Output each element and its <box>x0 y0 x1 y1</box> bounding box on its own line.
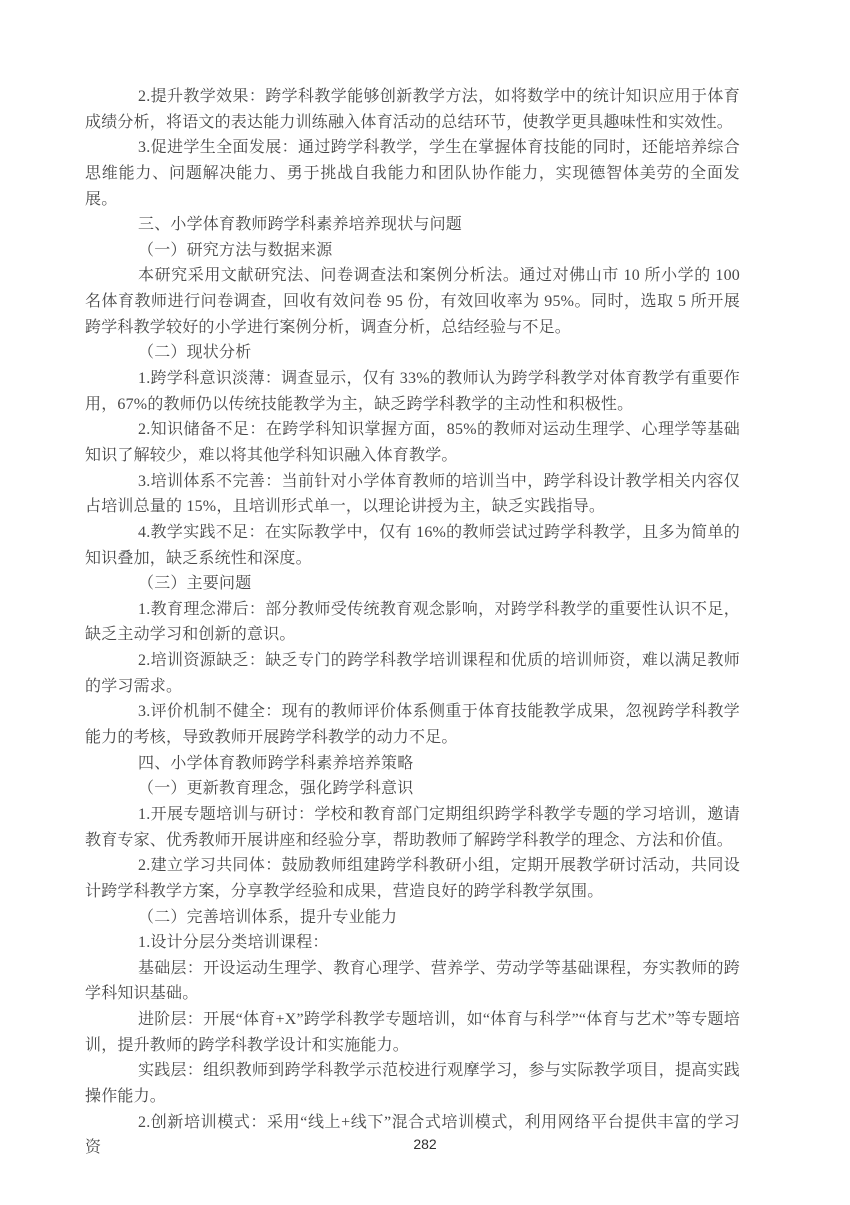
paragraph: 3.评价机制不健全：现有的教师评价体系侧重于体育技能教学成果，忽视跨学科教学能力… <box>85 699 740 750</box>
subsection-heading: （三）主要问题 <box>85 571 740 597</box>
paragraph: 基础层：开设运动生理学、教育心理学、营养学、劳动学等基础课程，夯实教师的跨学科知… <box>85 956 740 1007</box>
paragraph: 3.培训体系不完善：当前针对小学体育教师的培训当中，跨学科设计教学相关内容仅占培… <box>85 469 740 520</box>
subsection-heading: （一）更新教育理念，强化跨学科意识 <box>85 776 740 802</box>
paragraph: 实践层：组织教师到跨学科教学示范校进行观摩学习，参与实际教学项目，提高实践操作能… <box>85 1058 740 1109</box>
paragraph: 2.建立学习共同体：鼓励教师组建跨学科教研小组，定期开展教学研讨活动，共同设计跨… <box>85 853 740 904</box>
subsection-heading: （一）研究方法与数据来源 <box>85 238 740 264</box>
section-heading: 四、小学体育教师跨学科素养培养策略 <box>85 751 740 777</box>
subsection-heading: （二）现状分析 <box>85 340 740 366</box>
paragraph: 2.知识储备不足：在跨学科知识掌握方面，85%的教师对运动生理学、心理学等基础知… <box>85 417 740 468</box>
page-footer: 282 <box>0 1136 850 1152</box>
subsection-heading: （二）完善培训体系，提升专业能力 <box>85 905 740 931</box>
section-heading: 三、小学体育教师跨学科素养培养现状与问题 <box>85 212 740 238</box>
paragraph: 进阶层：开展“体育+X”跨学科教学专题培训，如“体育与科学”“体育与艺术”等专题… <box>85 1007 740 1058</box>
paragraph: 2.提升教学效果：跨学科教学能够创新教学方法，如将数学中的统计知识应用于体育成绩… <box>85 84 740 135</box>
paragraph: 本研究采用文献研究法、问卷调查法和案例分析法。通过对佛山市 10 所小学的 10… <box>85 263 740 340</box>
page-number: 282 <box>413 1136 436 1152</box>
document-page: 2.提升教学效果：跨学科教学能够创新教学方法，如将数学中的统计知识应用于体育成绩… <box>0 0 850 1205</box>
paragraph: 4.教学实践不足：在实际教学中，仅有 16%的教师尝试过跨学科教学，且多为简单的… <box>85 520 740 571</box>
paragraph: 1.教育理念滞后：部分教师受传统教育观念影响，对跨学科教学的重要性认识不足，缺乏… <box>85 597 740 648</box>
paragraph: 2.培训资源缺乏：缺乏专门的跨学科教学培训课程和优质的培训师资，难以满足教师的学… <box>85 648 740 699</box>
document-body: 2.提升教学效果：跨学科教学能够创新教学方法，如将数学中的统计知识应用于体育成绩… <box>85 84 740 1161</box>
paragraph: 1.设计分层分类培训课程： <box>85 930 740 956</box>
paragraph: 1.跨学科意识淡薄：调查显示，仅有 33%的教师认为跨学科教学对体育教学有重要作… <box>85 366 740 417</box>
paragraph: 3.促进学生全面发展：通过跨学科教学，学生在掌握体育技能的同时，还能培养综合思维… <box>85 135 740 212</box>
paragraph: 1.开展专题培训与研讨：学校和教育部门定期组织跨学科教学专题的学习培训，邀请教育… <box>85 802 740 853</box>
